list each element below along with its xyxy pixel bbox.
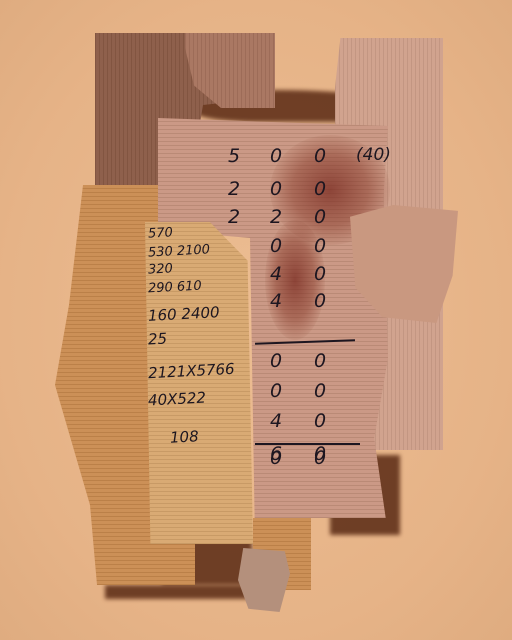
number-cell: 0 <box>314 263 326 285</box>
number-cell: 0 <box>314 290 326 312</box>
annotation-label: (40) <box>356 145 391 165</box>
background-surface: (40) 5002002200040400000406000 570530 21… <box>0 0 512 640</box>
number-cell: 0 <box>270 380 282 402</box>
note-line: 108 <box>170 427 200 446</box>
number-cell: 0 <box>314 145 326 167</box>
number-cell: 0 <box>270 235 282 257</box>
number-cell: 4 <box>270 263 282 285</box>
note-line: 320 <box>148 261 174 277</box>
number-cell: 0 <box>314 178 326 200</box>
number-cell: 2 <box>228 178 240 200</box>
number-cell: 0 <box>314 350 326 372</box>
note-line: 160 2400 <box>148 303 220 325</box>
number-cell: 0 <box>314 410 326 432</box>
number-cell: 4 <box>270 290 282 312</box>
number-cell: 0 <box>270 145 282 167</box>
rule-line-2 <box>255 443 360 445</box>
number-cell: 0 <box>270 178 282 200</box>
note-line: 40X522 <box>148 388 207 409</box>
number-cell: 0 <box>270 350 282 372</box>
number-cell: 0 <box>270 447 282 469</box>
number-cell: 0 <box>314 235 326 257</box>
note-line: 570 <box>148 225 174 241</box>
number-cell: 2 <box>270 206 282 228</box>
number-cell: 0 <box>314 447 326 469</box>
shadow-base <box>105 585 255 599</box>
note-line: 290 610 <box>148 279 202 297</box>
number-cell: 2 <box>228 206 240 228</box>
note-line: 25 <box>148 330 168 349</box>
number-cell: 0 <box>314 380 326 402</box>
number-cell: 0 <box>314 206 326 228</box>
torn-scrap-bottom <box>238 548 290 612</box>
number-cell: 5 <box>228 145 240 167</box>
number-cell: 4 <box>270 410 282 432</box>
